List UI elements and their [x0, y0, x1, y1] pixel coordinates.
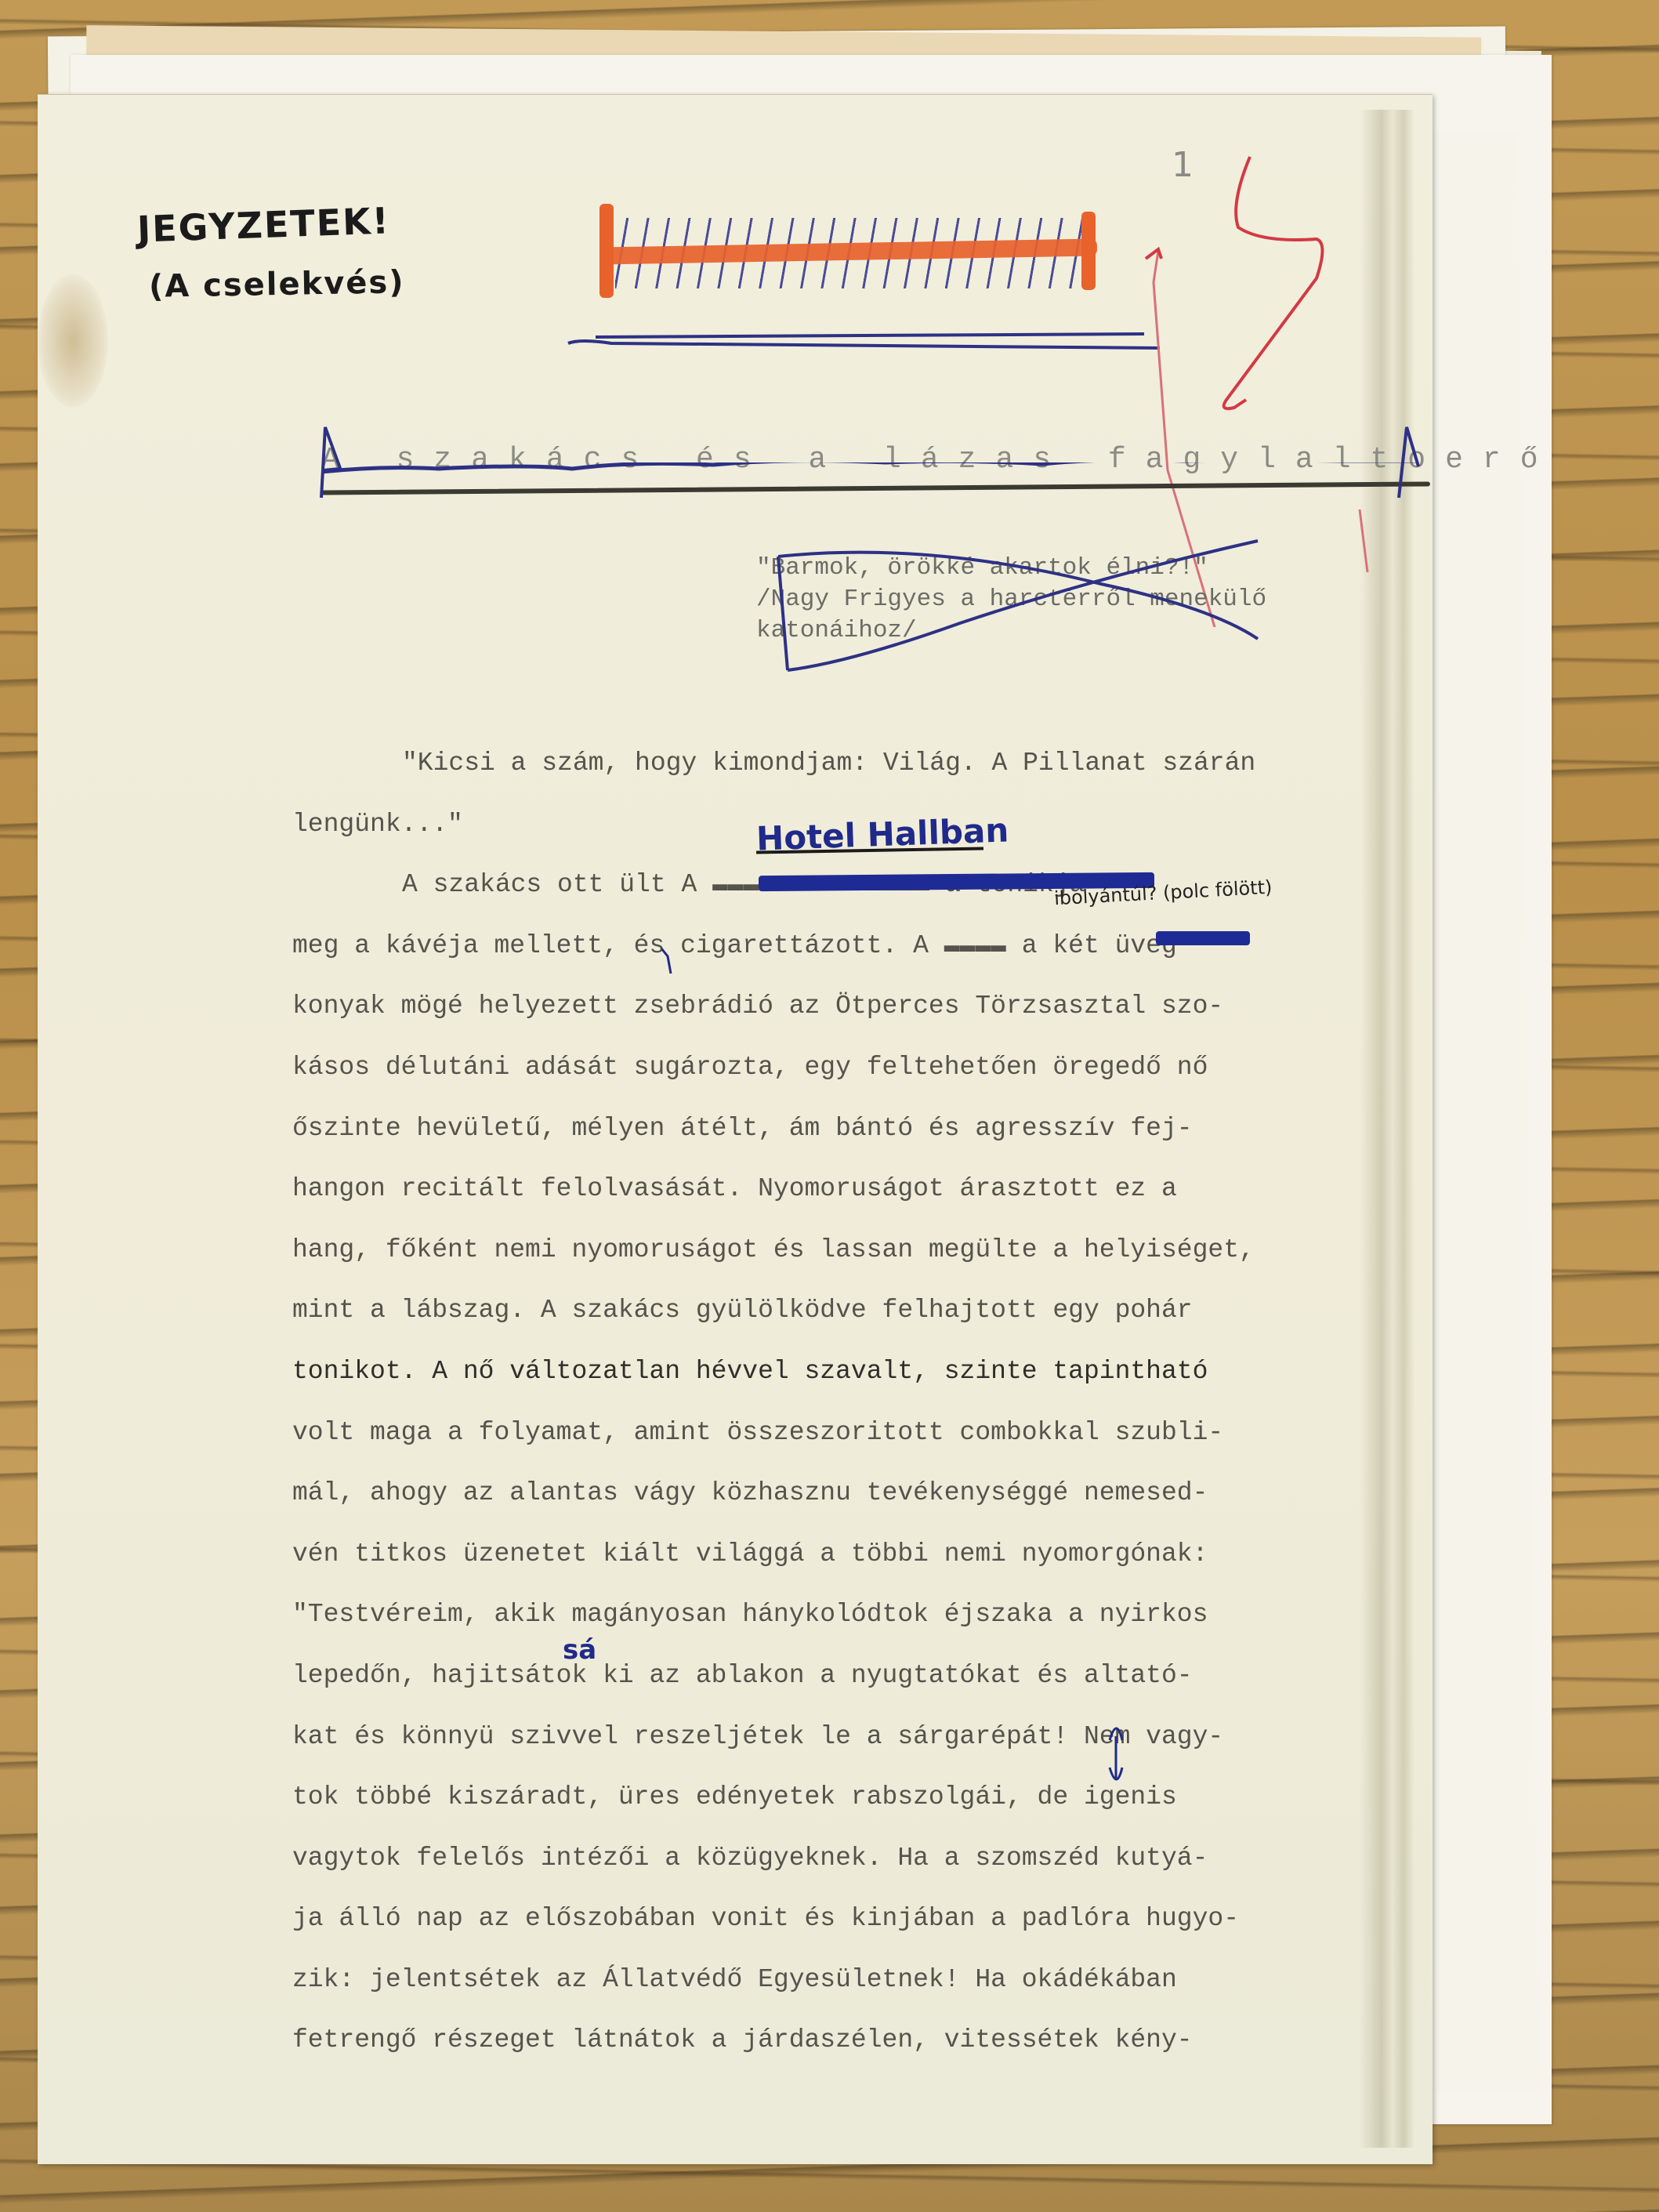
- epigraph-cross-out: [772, 529, 1273, 674]
- body-line: hangon recitált felolvasását. Nyomoruság…: [292, 1159, 1405, 1220]
- body-line: meg a kávéja mellett, és cigarettázott. …: [292, 916, 1405, 977]
- scribbled-out-heading: [599, 204, 1097, 302]
- body-line: fetrengő részeget látnátok a járdaszélen…: [292, 2010, 1405, 2071]
- body-line: mint a lábszag. A szakács gyülölködve fe…: [292, 1280, 1405, 1341]
- body-line: "Testvéreim, akik magányosan hánykolódto…: [292, 1584, 1405, 1645]
- body-line: hang, főként nemi nyomoruságot és lassan…: [292, 1220, 1405, 1281]
- insertion-caret: [658, 947, 682, 975]
- body-line: vagytok felelős intézői a közügyeknek. H…: [292, 1828, 1405, 1889]
- body-line: tok többé kiszáradt, üres edényetek rabs…: [292, 1767, 1405, 1828]
- blue-strike-bar-small: [1156, 931, 1250, 945]
- orange-bracket-right: [1081, 212, 1096, 290]
- body-line: "Kicsi a szám, hogy kimondjam: Világ. A …: [292, 733, 1405, 794]
- handwritten-note-subheading: (A cselekvés): [149, 264, 405, 305]
- body-line: zik: jelentsétek az Állatvédő Egyesületn…: [292, 1949, 1405, 2011]
- handwritten-note-heading: JEGYZETEK!: [136, 199, 390, 250]
- body-line: mál, ahogy az alantas vágy közhasznu tev…: [292, 1463, 1405, 1524]
- orange-bracket-left: [599, 204, 614, 298]
- body-line: vén titkos üzenetet kiált világgá a több…: [292, 1524, 1405, 1585]
- double-underline-mark: [564, 329, 1160, 353]
- body-line: őszinte hevületű, mélyen átélt, ám bántó…: [292, 1098, 1405, 1159]
- body-line: lepedőn, hajitsátok ki az ablakon a nyug…: [292, 1645, 1405, 1706]
- body-line: kat és könnyü szivvel reszeljétek le a s…: [292, 1706, 1405, 1768]
- caret-mark-right: [1395, 423, 1426, 502]
- body-line: kásos délutáni adását sugározta, egy fel…: [292, 1037, 1405, 1098]
- body-line: ja álló nap az előszobában vonit és kinj…: [292, 1888, 1405, 1949]
- title-wavy-strike: [321, 462, 1418, 475]
- caret-mark-left: [317, 423, 349, 502]
- body-line: konyak mögé helyezett zsebrádió az Ötper…: [292, 976, 1405, 1037]
- body-line: volt maga a folyamat, amint összeszorito…: [292, 1402, 1405, 1463]
- transpose-mark: [1105, 1717, 1128, 1787]
- handwritten-correction: sá: [563, 1634, 596, 1666]
- water-stain: [38, 274, 108, 408]
- body-line: tonikot. A nő változatlan hévvel szavalt…: [292, 1341, 1405, 1402]
